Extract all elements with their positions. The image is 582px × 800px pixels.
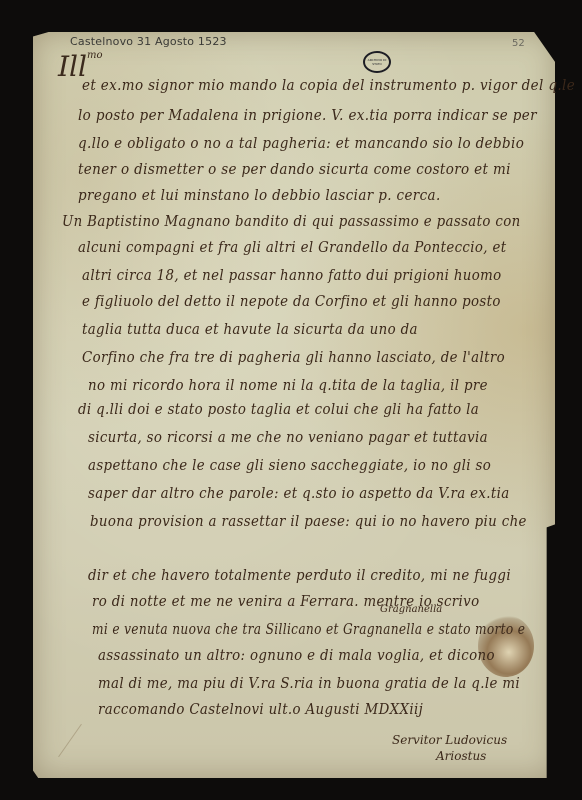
signature-line-2: Ariostus (392, 748, 507, 764)
letter-line: aspettano che le case gli sieno sacchegg… (88, 458, 491, 474)
letter-line: mi e venuta nuova che tra Sillicano et G… (92, 622, 525, 638)
letter-line: tener o dismetter o se per dando sicurta… (78, 162, 511, 178)
archival-annotation: Castelnovo 31 Agosto 1523 (70, 35, 227, 48)
archive-stamp-icon: ARCHIVIO DI STATO (363, 51, 391, 73)
letter-line: sicurta, so ricorsi a me che no veniano … (88, 430, 488, 446)
letter-line: lo posto per Madalena in prigione. V. ex… (78, 108, 537, 124)
letter-line: Corfino che fra tre di pagheria gli hann… (82, 350, 505, 366)
interlinear-note: Gragnanella (380, 604, 442, 615)
letter-line: mal di me, ma piu di V.ra S.ria in buona… (98, 676, 520, 692)
letter-line: di q.lli doi e stato posto taglia et col… (78, 402, 479, 418)
salutation-superscript: mo (87, 50, 103, 61)
letter-line: buona provision a rassettar il paese: qu… (90, 514, 527, 530)
stamp-text: ARCHIVIO DI STATO (365, 58, 389, 66)
page-number: 52 (512, 38, 525, 49)
letter-line: alcuni compagni et fra gli altri el Gran… (78, 240, 507, 256)
letter-line: assassinato un altro: ognuno e di mala v… (98, 648, 495, 664)
letter-line: no mi ricordo hora il nome ni la q.tita … (88, 378, 488, 394)
signature-line-1: Servitor Ludovicus (392, 732, 507, 748)
letter-line: dir et che havero totalmente perduto il … (88, 568, 511, 584)
letter-line: et ex.mo signor mio mando la copia del i… (82, 78, 575, 94)
letter-line: pregano et lui minstano lo debbio lascia… (78, 188, 441, 204)
letter-line: altri circa 18, et nel passar hanno fatt… (82, 268, 502, 284)
letter-line: saper dar altro che parole: et q.sto io … (88, 486, 510, 502)
letter-line: Un Baptistino Magnano bandito di qui pas… (62, 214, 521, 230)
letter-line: e figliuolo del detto il nepote da Corfi… (82, 294, 501, 310)
letter-line: raccomando Castelnovi ult.o Augusti MDXX… (98, 702, 423, 718)
signature: Servitor Ludovicus Ariostus (392, 732, 507, 764)
letter-line: q.llo e obligato o no a tal pagheria: et… (78, 136, 524, 152)
letter-line: taglia tutta duca et havute la sicurta d… (82, 322, 418, 338)
